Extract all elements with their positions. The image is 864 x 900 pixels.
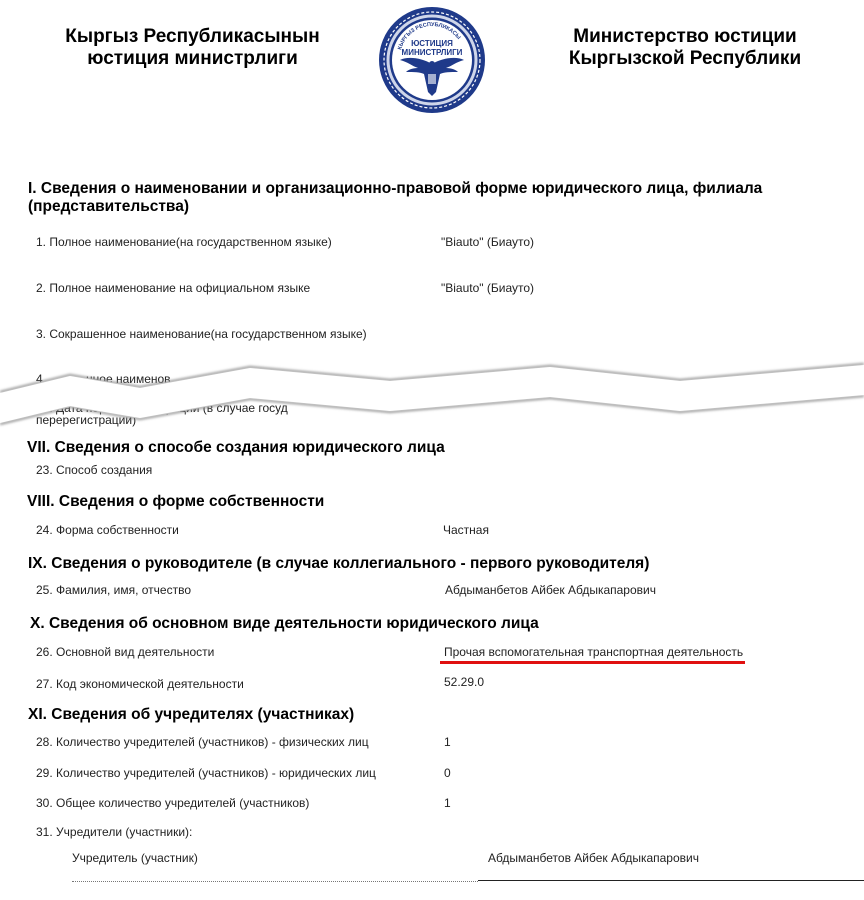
field-29-label: 29. Количество учредителей (участников) …	[36, 766, 376, 780]
field-31-label: 31. Учредители (участники):	[36, 825, 192, 839]
field-1-value: "Biauto" (Биауто)	[441, 235, 534, 249]
svg-text:ЮСТИЦИЯ: ЮСТИЦИЯ	[411, 39, 453, 48]
founder-name: Абдыманбетов Айбек Абдыкапарович	[488, 851, 699, 865]
field-2-label: 2. Полное наименование на официальном яз…	[36, 281, 310, 295]
field-26-value: Прочая вспомогательная транспортная деят…	[444, 645, 743, 659]
header-title-kyrgyz: Кыргыз Республикасынын юстиция министрли…	[40, 26, 345, 70]
founder-label: Учредитель (участник)	[72, 851, 198, 865]
section-9-title: IX. Сведения о руководителе (в случае ко…	[28, 555, 649, 573]
section-7-title: VII. Сведения о способе создания юридиче…	[27, 439, 445, 457]
field-30-label: 30. Общее количество учредителей (участн…	[36, 796, 309, 810]
header-title-kyrgyz-line1: Кыргыз Республикасынын	[40, 26, 345, 48]
field-2-value: "Biauto" (Биауто)	[441, 281, 534, 295]
header-title-russian-line1: Министерство юстиции	[540, 26, 830, 48]
section-1-title: I. Сведения о наименовании и организацио…	[28, 180, 828, 216]
field-1-label: 1. Полное наименование(на государственно…	[36, 235, 332, 249]
field-30-value: 1	[444, 796, 451, 810]
field-3-label: 3. Сокрашенное наименование(на государст…	[36, 327, 367, 341]
svg-text:МИНИСТРЛИГИ: МИНИСТРЛИГИ	[402, 48, 463, 57]
field-24-label: 24. Форма собственности	[36, 523, 179, 537]
highlight-underline	[440, 661, 745, 664]
field-27-label: 27. Код экономической деятельности	[36, 677, 244, 691]
section-10-title: X. Сведения об основном виде деятельност…	[30, 615, 539, 633]
field-23-label: 23. Способ создания	[36, 463, 152, 477]
header-title-russian-line2: Кыргызской Республики	[540, 48, 830, 70]
founder-divider-dotted	[72, 881, 478, 882]
field-27-value: 52.29.0	[444, 675, 484, 689]
field-28-label: 28. Количество учредителей (участников) …	[36, 735, 369, 749]
field-26-label: 26. Основной вид деятельности	[36, 645, 214, 659]
field-4-label-partial: 4. нное наименов ом языке)	[36, 372, 312, 386]
header-title-russian: Министерство юстиции Кыргызской Республи…	[540, 26, 830, 70]
field-25-value: Абдыманбетов Айбек Абдыкапарович	[445, 583, 656, 597]
field-28-value: 1	[444, 735, 451, 749]
founder-divider-solid	[478, 880, 864, 881]
field-29-value: 0	[444, 766, 451, 780]
section-11-title: XI. Сведения об учредителях (участниках)	[28, 706, 354, 724]
header-title-kyrgyz-line2: юстиция министрлиги	[40, 48, 345, 70]
field-22-label-line2: перерегистрации)	[36, 413, 136, 427]
section-8-title: VIII. Сведения о форме собственности	[27, 493, 324, 511]
field-24-value: Частная	[443, 523, 489, 537]
field-25-label: 25. Фамилия, имя, отчество	[36, 583, 191, 597]
ministry-of-justice-emblem-icon: КЫРГЫЗ РЕСПУБЛИКАСЫ ЮСТИЦИЯ МИНИСТРЛИГИ	[378, 6, 486, 114]
